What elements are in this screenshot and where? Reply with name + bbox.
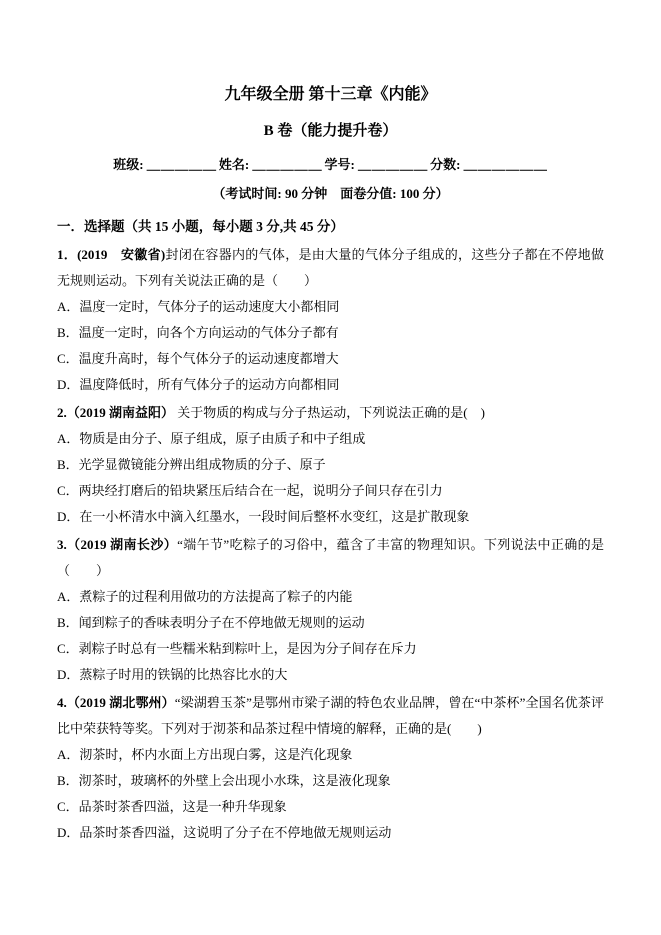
- paper-subtitle: B 卷（能力提升卷）: [57, 122, 604, 140]
- name-label: 姓名:: [219, 157, 253, 172]
- question-1-source: 1．(2019 安徽省): [57, 247, 165, 262]
- question-3-stem: 3.（2019 湖南长沙）“端午节”吃粽子的习俗中，蕴含了丰富的物理知识。下列说…: [57, 532, 604, 584]
- class-label: 班级:: [113, 157, 147, 172]
- question-3-source: 3.（2019 湖南长沙）: [57, 537, 177, 552]
- student-id-field: 学号: ＿＿＿＿＿: [325, 157, 429, 172]
- question-4-option-a: A．沏茶时，杯内水面上方出现白雾，这是汽化现象: [57, 742, 604, 768]
- question-3-option-d: D．蒸粽子时用的铁锅的比热容比水的大: [57, 662, 604, 688]
- question-1-option-d: D．温度降低时，所有气体分子的运动方向都相同: [57, 372, 604, 398]
- question-1-stem: 1．(2019 安徽省)封闭在容器内的气体，是由大量的气体分子组成的，这些分子都…: [57, 242, 604, 294]
- question-2-source: 2.（2019 湖南益阳）: [57, 405, 174, 420]
- question-1: 1．(2019 安徽省)封闭在容器内的气体，是由大量的气体分子组成的，这些分子都…: [57, 242, 604, 398]
- question-2-option-a: A．物质是由分子、原子组成，原子由质子和中子组成: [57, 426, 604, 452]
- question-2-option-c: C．两块经打磨后的铅块紧压后结合在一起，说明分子间只存在引力: [57, 478, 604, 504]
- question-1-option-a: A．温度一定时，气体分子的运动速度大小都相同: [57, 294, 604, 320]
- paper-title: 九年级全册 第十三章《内能》: [57, 86, 604, 104]
- student-id-label: 学号:: [325, 157, 359, 172]
- question-3-option-c: C．剥粽子时总有一些糯米粘到粽叶上，是因为分子间存在斥力: [57, 636, 604, 662]
- class-blank: ＿＿＿＿＿: [147, 157, 217, 172]
- question-4-option-d: D．品茶时茶香四溢，这说明了分子在不停地做无规则运动: [57, 820, 604, 846]
- question-2-text: 关于物质的构成与分子热运动，下列说法正确的是( ): [174, 405, 485, 420]
- student-info-line: 班级: ＿＿＿＿＿姓名: ＿＿＿＿＿学号: ＿＿＿＿＿分数: ＿＿＿＿＿＿: [57, 156, 604, 173]
- student-id-blank: ＿＿＿＿＿: [358, 157, 428, 172]
- question-2-option-d: D．在一小杯清水中滴入红墨水，一段时间后整杯水变红，这是扩散现象: [57, 504, 604, 530]
- section-heading-choice: 一．选择题（共 15 小题，每小题 3 分,共 45 分）: [57, 214, 604, 240]
- question-4: 4.（2019 湖北鄂州）“梁湖碧玉茶”是鄂州市梁子湖的特色农业品牌，曾在“中茶…: [57, 690, 604, 846]
- question-3-option-a: A．煮粽子的过程利用做功的方法提高了粽子的内能: [57, 584, 604, 610]
- score-blank: ＿＿＿＿＿＿: [464, 157, 548, 172]
- name-field: 姓名: ＿＿＿＿＿: [219, 157, 323, 172]
- name-blank: ＿＿＿＿＿: [252, 157, 322, 172]
- question-4-stem: 4.（2019 湖北鄂州）“梁湖碧玉茶”是鄂州市梁子湖的特色农业品牌，曾在“中茶…: [57, 690, 604, 742]
- question-4-option-c: C．品茶时茶香四溢，这是一种升华现象: [57, 794, 604, 820]
- question-3: 3.（2019 湖南长沙）“端午节”吃粽子的习俗中，蕴含了丰富的物理知识。下列说…: [57, 532, 604, 688]
- question-2: 2.（2019 湖南益阳） 关于物质的构成与分子热运动，下列说法正确的是( ) …: [57, 400, 604, 530]
- class-field: 班级: ＿＿＿＿＿: [113, 157, 217, 172]
- question-4-option-b: B．沏茶时，玻璃杯的外壁上会出现小水珠，这是液化现象: [57, 768, 604, 794]
- question-4-source: 4.（2019 湖北鄂州）: [57, 695, 175, 710]
- exam-paper-page: 九年级全册 第十三章《内能》 B 卷（能力提升卷） 班级: ＿＿＿＿＿姓名: ＿…: [0, 0, 661, 935]
- question-2-stem: 2.（2019 湖南益阳） 关于物质的构成与分子热运动，下列说法正确的是( ): [57, 400, 604, 426]
- score-label: 分数:: [430, 157, 464, 172]
- question-2-option-b: B．光学显微镜能分辨出组成物质的分子、原子: [57, 452, 604, 478]
- score-field: 分数: ＿＿＿＿＿＿: [430, 157, 548, 172]
- exam-time-score-note: （考试时间: 90 分钟 面卷分值: 100 分）: [57, 186, 604, 202]
- question-1-option-c: C．温度升高时，每个气体分子的运动速度都增大: [57, 346, 604, 372]
- question-1-option-b: B．温度一定时，向各个方向运动的气体分子都有: [57, 320, 604, 346]
- question-3-option-b: B．闻到粽子的香味表明分子在不停地做无规则的运动: [57, 610, 604, 636]
